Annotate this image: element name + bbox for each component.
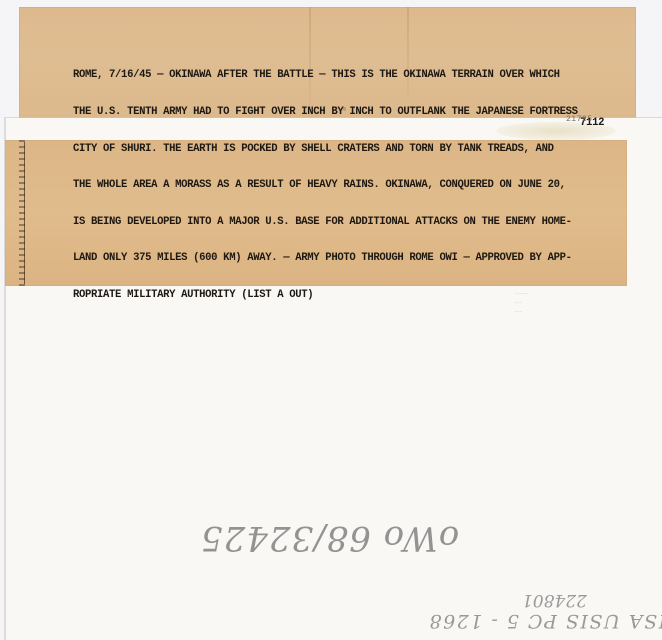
- handwritten-catalog-number: oWo 68/32425: [200, 518, 459, 558]
- caption-line-5: IS BEING DEVELOPED INTO A MAJOR U.S. BAS…: [73, 216, 633, 228]
- caption-line-7: ROPRIATE MILITARY AUTHORITY (LIST A OUT): [73, 289, 633, 301]
- caption-line-4: THE WHOLE AREA A MORASS AS A RESULT OF H…: [73, 179, 633, 191]
- handwritten-collection-label: OHSA USIS PC 5 - 1268: [428, 610, 662, 632]
- caption-line-2: THE U.S. TENTH ARMY HAD TO FIGHT OVER IN…: [73, 106, 633, 118]
- caption-line-6: LAND ONLY 375 MILES (600 KM) AWAY. — ARM…: [73, 252, 633, 264]
- handwritten-archive-id: 224801: [522, 590, 587, 610]
- caption-line-3: CITY OF SHURI. THE EARTH IS POCKED BY SH…: [73, 143, 633, 155]
- flap-stamp: 21725: [566, 115, 593, 124]
- faint-stamp-mark: …… … …: [515, 288, 529, 315]
- caption-text: ROME, 7/16/45 — OKINAWA AFTER THE BATTLE…: [73, 45, 633, 313]
- caption-line-1: ROME, 7/16/45 — OKINAWA AFTER THE BATTLE…: [73, 69, 633, 81]
- perforation-line: [24, 142, 25, 284]
